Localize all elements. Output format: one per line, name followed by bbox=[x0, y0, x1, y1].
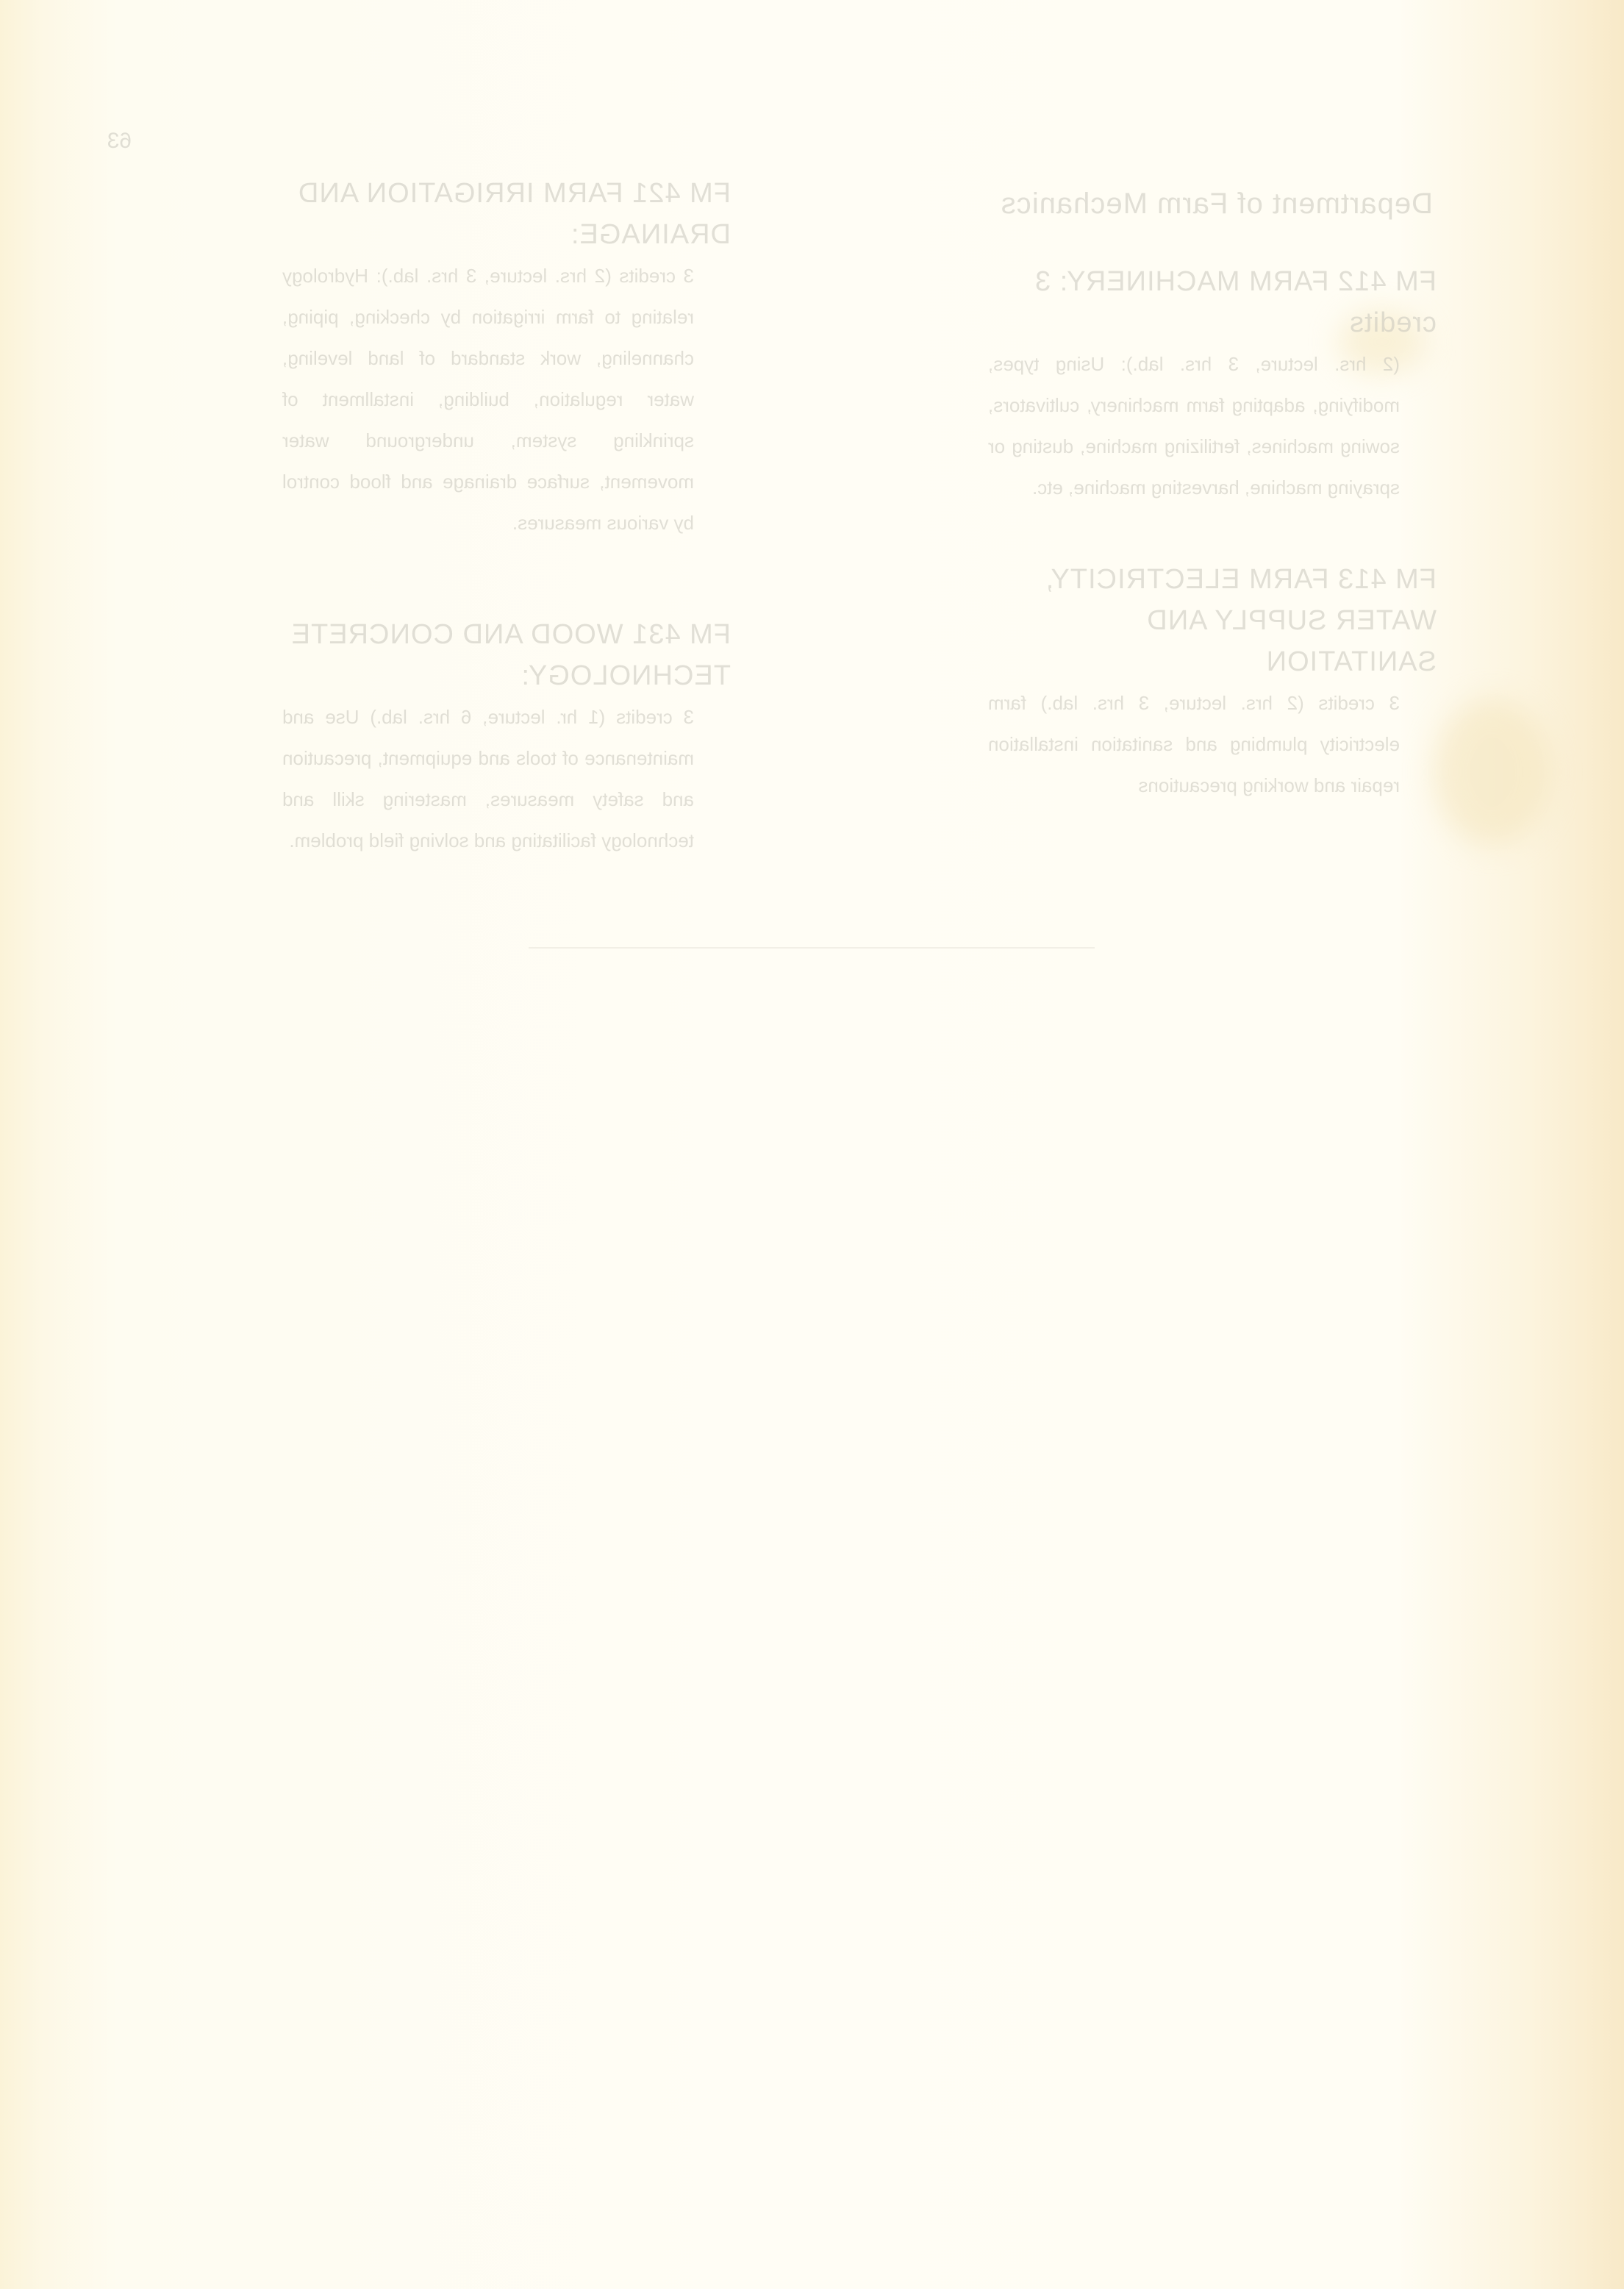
course-title: FM 431 WOOD AND CONCRETE TECHNOLOGY: bbox=[282, 614, 731, 696]
department-heading: Department of Farm Mechanics bbox=[1001, 188, 1433, 221]
scanned-page: 63 Department of Farm Mechanics FM 412 F… bbox=[0, 0, 1624, 2289]
course-fm-421: FM 421 FARM IRRIGATION AND DRAINAGE: 3 c… bbox=[282, 173, 731, 543]
course-description: 3 credits (1 hr. lecture, 6 hrs. lab.) U… bbox=[282, 696, 731, 861]
course-description: (2 hrs. lecture, 3 hrs. lab.): Using typ… bbox=[988, 343, 1437, 508]
course-title: FM 412 FARM MACHINERY: 3 credits bbox=[988, 261, 1437, 343]
course-title: FM 413 FARM ELECTRICITY, WATER SUPPLY AN… bbox=[988, 559, 1437, 682]
course-fm-431: FM 431 WOOD AND CONCRETE TECHNOLOGY: 3 c… bbox=[282, 614, 731, 861]
course-description: 3 credits (2 hrs. lecture, 3 hrs. lab.) … bbox=[988, 682, 1437, 806]
bleed-through-text: 63 Department of Farm Mechanics FM 412 F… bbox=[0, 0, 1624, 2289]
course-description: 3 credits (2 hrs. lecture, 3 hrs. lab.):… bbox=[282, 255, 731, 543]
course-fm-413: FM 413 FARM ELECTRICITY, WATER SUPPLY AN… bbox=[988, 559, 1437, 806]
section-divider bbox=[529, 947, 1095, 949]
page-number: 63 bbox=[107, 129, 132, 154]
course-fm-412: FM 412 FARM MACHINERY: 3 credits (2 hrs.… bbox=[988, 261, 1437, 508]
course-title: FM 421 FARM IRRIGATION AND DRAINAGE: bbox=[282, 173, 731, 255]
